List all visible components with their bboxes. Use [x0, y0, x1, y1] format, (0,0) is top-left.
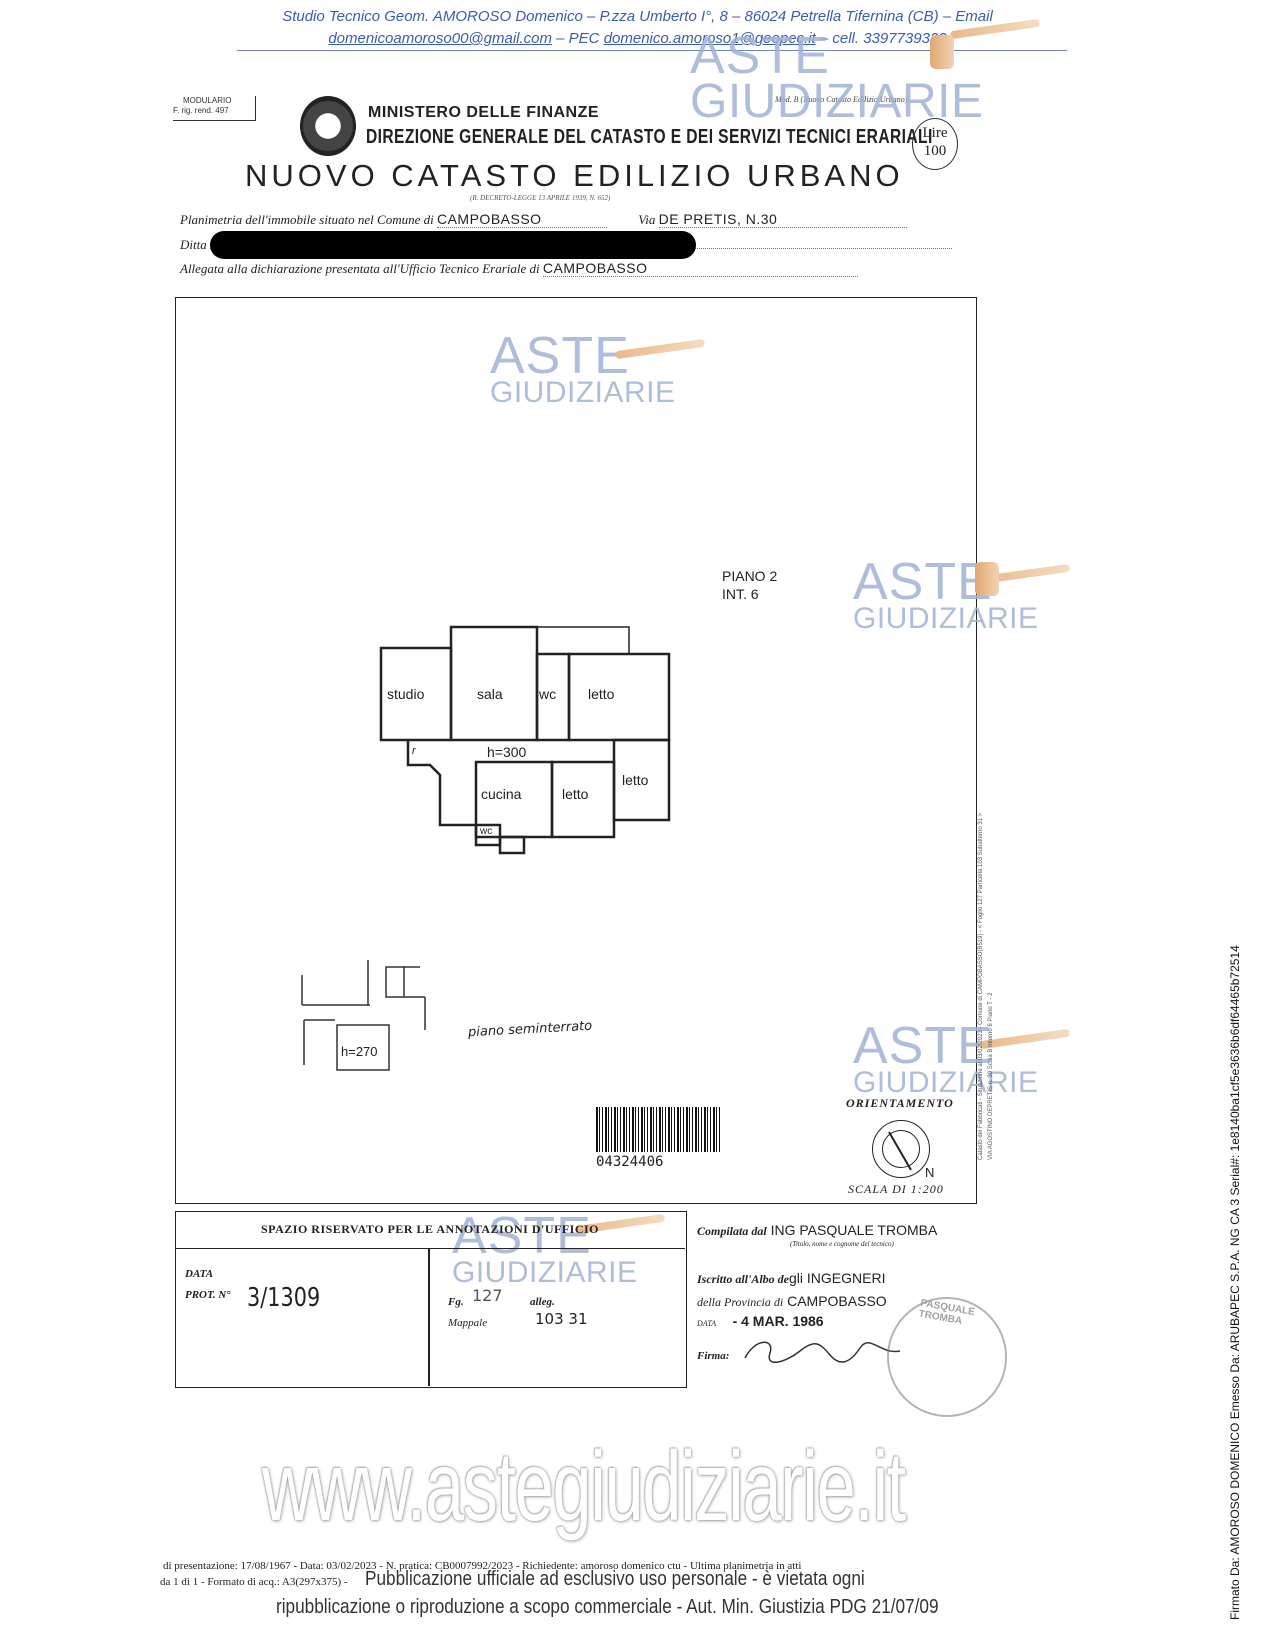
data-label: DATA [185, 1268, 213, 1280]
provincia-field: della Provincia di CAMPOBASSO [697, 1293, 887, 1310]
compilato-field: Compilata dal ING PASQUALE TROMBA [697, 1222, 937, 1239]
prot-label: PROT. N° [185, 1289, 231, 1301]
data-value: - 4 MAR. 1986 [733, 1313, 824, 1329]
fg-label: Fg. [448, 1296, 464, 1308]
height-main: h=300 [487, 744, 526, 760]
room-ripostiglio: r [412, 745, 416, 757]
side-note-catasto: Catasto dei Fabbricati - Situazione al 0… [978, 813, 984, 1160]
annotations-title: SPAZIO RISERVATO PER LE ANNOTAZIONI D'UF… [175, 1211, 685, 1249]
professional-stamp: PASQUALE TROMBA [887, 1297, 1007, 1417]
room-letto-1: letto [588, 686, 614, 702]
url-watermark: www.astegiudiziarie.it [262, 1430, 905, 1543]
iscritto-label: Iscritto all'Albo de [697, 1272, 789, 1286]
data-label-2: DATA [697, 1319, 716, 1328]
side-note-address: VIA AGOSTINO DEPRETIS n. 30 Scala B Inte… [988, 992, 994, 1160]
fg-value: 127 [472, 1286, 503, 1305]
room-wc-2: wc [480, 826, 492, 837]
provincia-value: CAMPOBASSO [787, 1293, 887, 1309]
tecnico-hint: (Titolo, nome e cognome del tecnico) [790, 1240, 894, 1248]
tecnico-name: ING PASQUALE TROMBA [771, 1222, 938, 1238]
compilato-label: Compilata dal [697, 1224, 767, 1238]
signature [740, 1333, 910, 1373]
room-sala: sala [477, 686, 503, 702]
data-field: DATA - 4 MAR. 1986 [697, 1313, 824, 1331]
room-studio: studio [387, 686, 424, 702]
scale-label: SCALA DI 1:200 [848, 1182, 944, 1197]
room-wc: wc [539, 686, 556, 702]
iscritto-field: Iscritto all'Albo degli INGEGNERI [697, 1270, 885, 1287]
floor-plan-drawing [0, 0, 1275, 1650]
footer-format: da 1 di 1 - Formato di acq.: A3(297x375)… [160, 1576, 348, 1588]
provincia-label: della Provincia di [697, 1295, 783, 1309]
footer-notice-2: ripubblicazione o riproduzione a scopo c… [276, 1596, 939, 1619]
compass-icon [872, 1120, 930, 1178]
room-cucina: cucina [481, 786, 521, 802]
firma-label: Firma: [697, 1350, 729, 1362]
albo-value: gli INGEGNERI [789, 1270, 885, 1286]
room-letto-2: letto [562, 786, 588, 802]
compilato-divider [686, 1211, 688, 1386]
footer-notice-1: Pubblicazione ufficiale ad esclusivo uso… [365, 1568, 865, 1591]
prot-value: 3/1309 [247, 1283, 320, 1313]
alleg-label: alleg. [530, 1296, 555, 1308]
barcode [596, 1107, 721, 1152]
barcode-number: 04324406 [596, 1154, 663, 1170]
orientamento-label: ORIENTAMENTO [846, 1096, 954, 1111]
north-label: N [925, 1165, 934, 1180]
room-letto-3: letto [622, 772, 648, 788]
mappale-value: 103 31 [535, 1310, 588, 1328]
mappale-label: Mappale [448, 1317, 487, 1329]
footer-line-2: da 1 di 1 - Formato di acq.: A3(297x375)… [160, 1572, 348, 1590]
digital-signature-note: Firmato Da: AMOROSO DOMENICO Emesso Da: … [1228, 945, 1242, 1620]
annotations-divider [428, 1249, 430, 1386]
height-basement: h=270 [341, 1044, 378, 1059]
